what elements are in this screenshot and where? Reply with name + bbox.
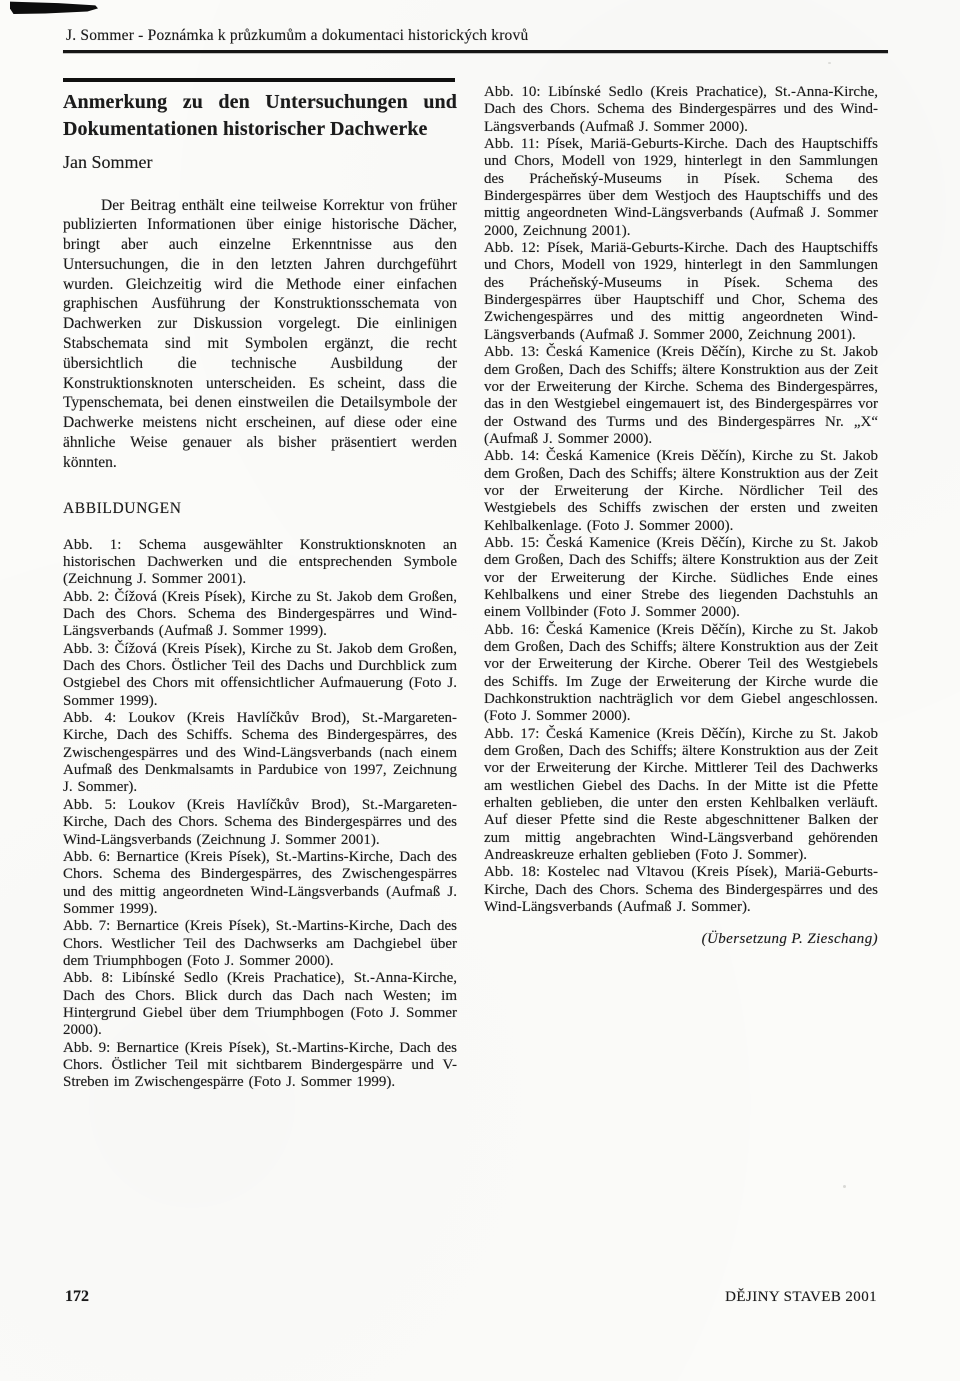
page-number: 172 <box>65 1288 89 1306</box>
scan-speck <box>828 62 831 64</box>
figure-caption-13: Abb. 13: Česká Kamenice (Kreis Děčín), K… <box>484 344 878 448</box>
figure-caption-5: Abb. 5: Loukov (Kreis Havlíčkův Brod), S… <box>63 797 457 849</box>
figure-caption-16: Abb. 16: Česká Kamenice (Kreis Děčín), K… <box>484 622 878 726</box>
scan-artifact-corner-mark <box>10 0 98 14</box>
figure-caption-18: Abb. 18: Kostelec nad Vltavou (Kreis Pís… <box>484 864 878 916</box>
figure-caption-17: Abb. 17: Česká Kamenice (Kreis Děčín), K… <box>484 726 878 865</box>
figure-caption-3: Abb. 3: Čížová (Kreis Písek), Kirche zu … <box>63 641 457 710</box>
figure-caption-1: Abb. 1: Schema ausgewählter Konstruktion… <box>63 537 457 589</box>
figure-caption-2: Abb. 2: Čížová (Kreis Písek), Kirche zu … <box>63 589 457 641</box>
right-column: Abb. 10: Libínské Sedlo (Kreis Prachatic… <box>484 84 878 948</box>
running-title: J. Sommer - Poznámka k průzkumům a dokum… <box>66 27 528 45</box>
figure-caption-7: Abb. 7: Bernartice (Kreis Písek), St.-Ma… <box>63 918 457 970</box>
figures-heading: ABBILDUNGEN <box>63 500 457 518</box>
journal-title: DĚJINY STAVEB 2001 <box>483 1289 877 1306</box>
figure-caption-9: Abb. 9: Bernartice (Kreis Písek), St.-Ma… <box>63 1040 457 1092</box>
figure-caption-11: Abb. 11: Písek, Mariä-Geburts-Kirche. Da… <box>484 136 878 240</box>
figure-caption-6: Abb. 6: Bernartice (Kreis Písek), St.-Ma… <box>63 849 457 918</box>
figure-caption-15: Abb. 15: Česká Kamenice (Kreis Děčín), K… <box>484 535 878 622</box>
figure-caption-8: Abb. 8: Libínské Sedlo (Kreis Prachatice… <box>63 970 457 1039</box>
caption-list-left: Abb. 1: Schema ausgewählter Konstruktion… <box>63 537 457 1092</box>
figure-caption-12: Abb. 12: Písek, Mariä-Geburts-Kirche. Da… <box>484 240 878 344</box>
figure-caption-4: Abb. 4: Loukov (Kreis Havlíčkův Brod), S… <box>63 710 457 797</box>
translation-note: (Übersetzung P. Zieschang) <box>484 931 878 948</box>
figure-caption-14: Abb. 14: Česká Kamenice (Kreis Děčín), K… <box>484 448 878 535</box>
header-rule <box>63 50 888 53</box>
author-name: Jan Sommer <box>63 152 457 173</box>
article-title: Anmerkung zu den Untersuchungen und Doku… <box>63 89 457 144</box>
scan-speck <box>70 1014 74 1017</box>
abstract-paragraph: Der Beitrag enthält eine teilweise Korre… <box>63 196 457 473</box>
scan-speck <box>843 1185 846 1188</box>
caption-list-right: Abb. 10: Libínské Sedlo (Kreis Prachatic… <box>484 84 878 917</box>
left-column: Anmerkung zu den Untersuchungen und Doku… <box>63 78 457 1092</box>
title-rule <box>63 78 455 82</box>
figure-caption-10: Abb. 10: Libínské Sedlo (Kreis Prachatic… <box>484 84 878 136</box>
scan-speck <box>88 1016 91 1019</box>
